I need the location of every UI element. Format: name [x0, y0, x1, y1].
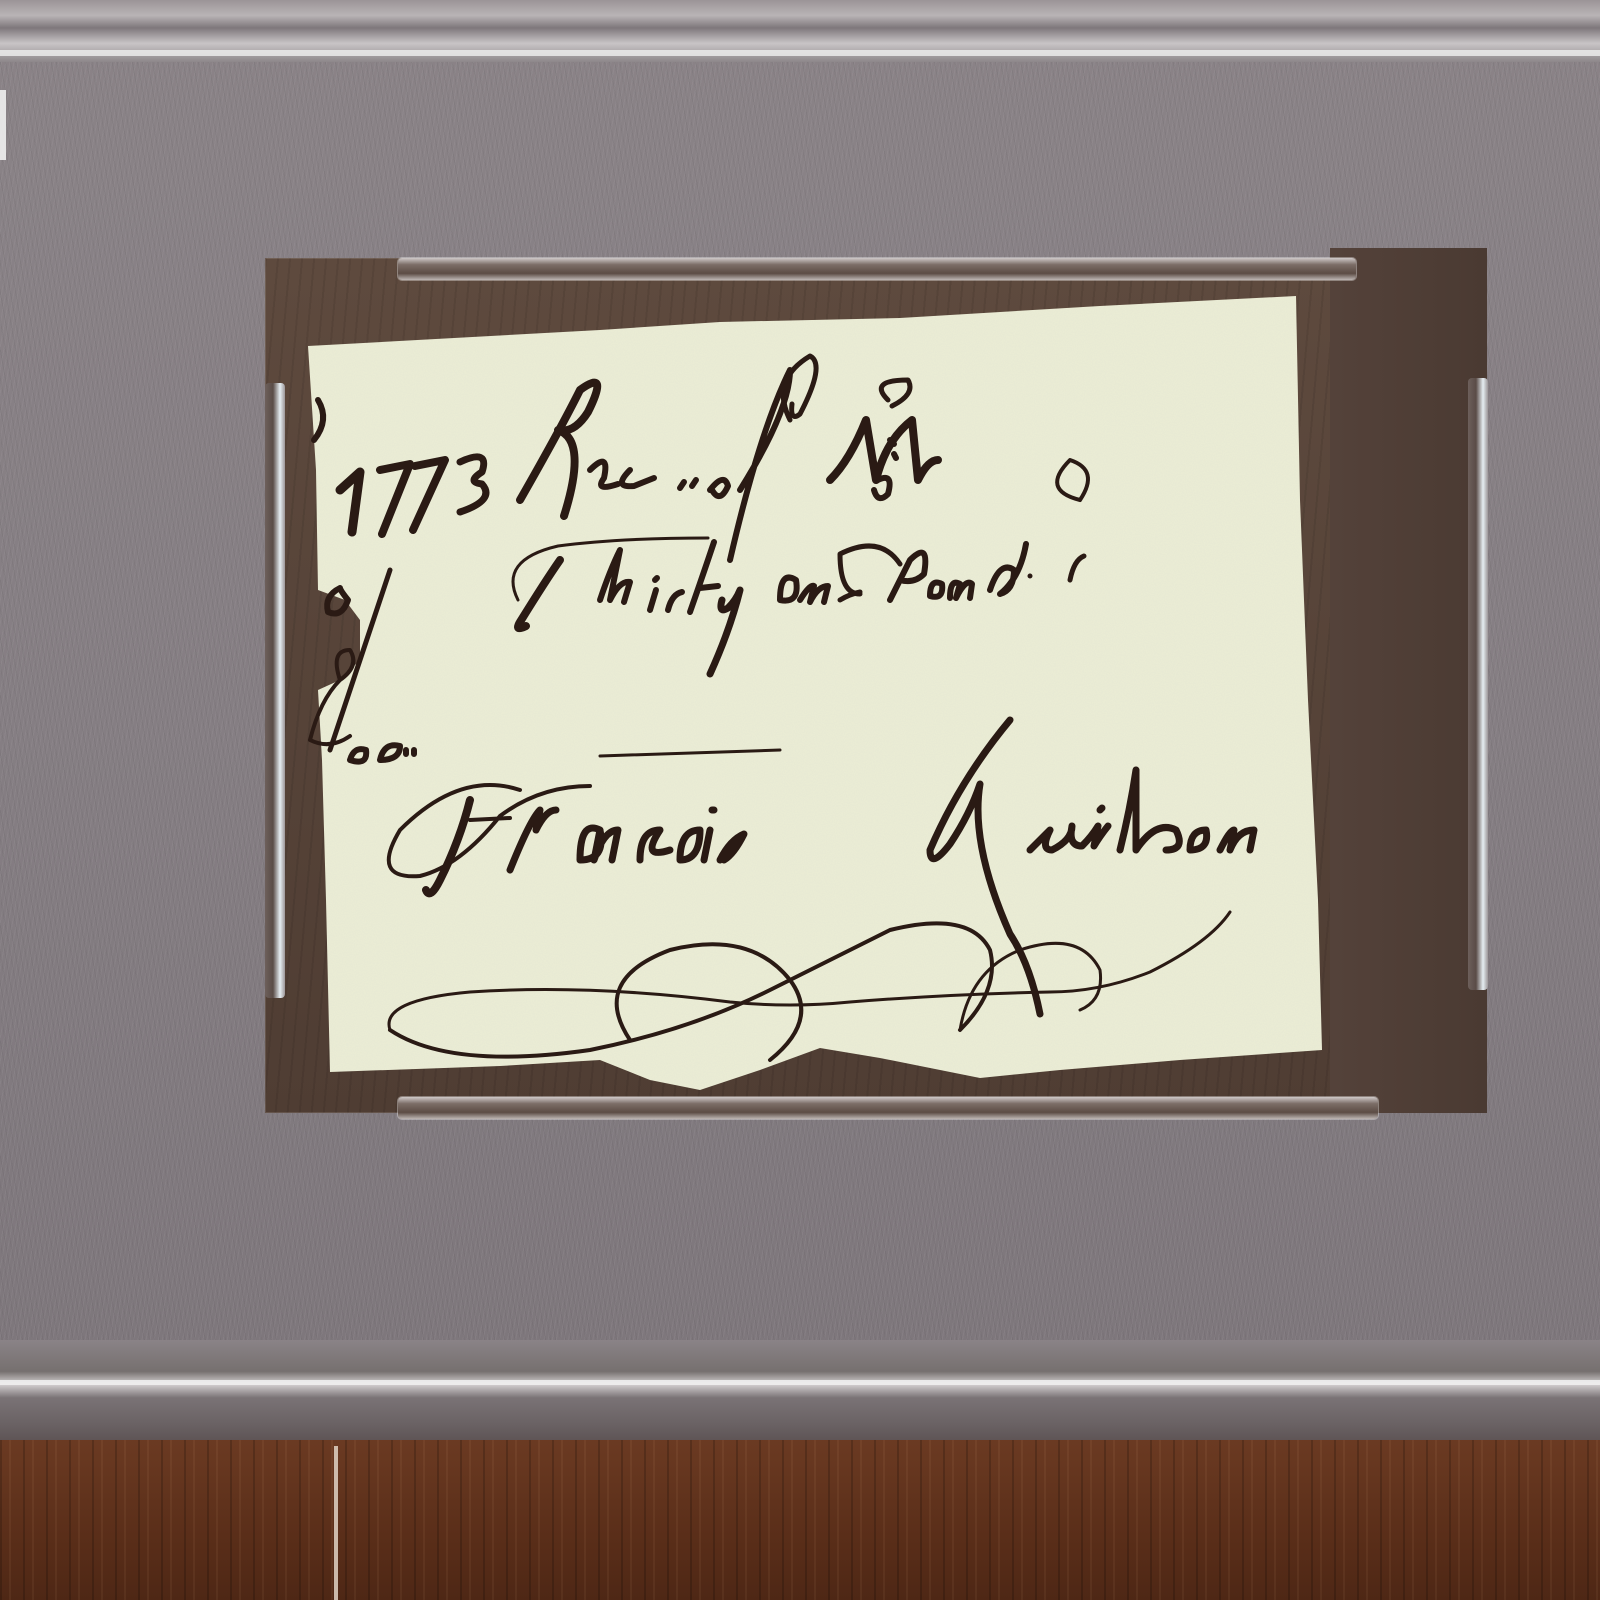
- retainer-rail-left: [265, 383, 285, 998]
- retainer-rail-right: [1468, 378, 1488, 990]
- document-paper: [0, 0, 1600, 1600]
- retainer-rail-bottom: [398, 1097, 1378, 1119]
- retainer-rail-top: [398, 258, 1356, 280]
